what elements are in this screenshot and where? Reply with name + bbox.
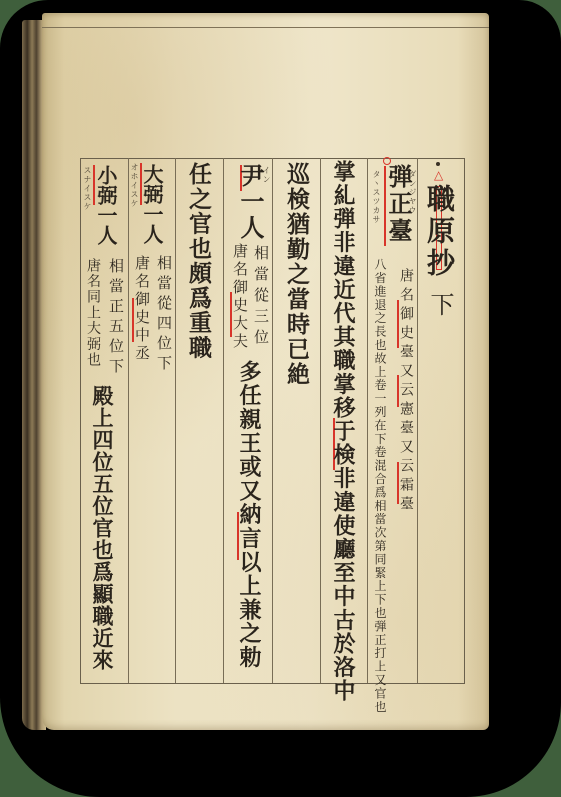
- column-divider: [175, 158, 176, 683]
- note-right: 唐名御史臺又云憲臺又云霜臺: [399, 268, 413, 515]
- body-text-in: 多任親王或又納言以上兼之勅: [238, 360, 260, 669]
- body-text-patrol: 巡検猶勤之當時已絶: [285, 162, 308, 387]
- document-title: 職原抄: [425, 184, 453, 280]
- column-divider: [272, 158, 273, 683]
- body-text-shohitsu: 殿上四位五位官也爲顯職近來: [92, 385, 113, 671]
- column-divider: [367, 158, 368, 683]
- column-divider: [320, 158, 321, 683]
- section-heading-shohitsu: 小弼一人: [96, 165, 116, 245]
- note-right: 相當從四位下: [156, 255, 171, 375]
- column-divider: [417, 158, 418, 683]
- note-right: 相當從三位: [253, 245, 268, 350]
- section-heading-daihitsu: 大弼一人: [142, 164, 162, 244]
- heading-ruby: オホイスケ: [130, 163, 138, 208]
- heading-ruby: スナイスケ: [83, 166, 91, 211]
- red-triangle-mark-icon: △: [434, 169, 443, 181]
- body-text-duties: 掌糺弾非違近代其職掌移于検非違使廳至中古於洛中: [332, 160, 354, 703]
- note-left: 八省進退之長也故上卷一列在下卷混合爲相當次第同緊上下也弾正打上又官也: [374, 258, 386, 714]
- note-left: 唐名御史中丞: [134, 255, 149, 363]
- heading-ruby-left: タヽスツカサ: [372, 170, 380, 224]
- note-right: 相當正五位下: [108, 258, 123, 378]
- body-text-in-continued: 任之官也頗爲重職: [187, 162, 210, 360]
- page-top-rule: [42, 27, 489, 28]
- note-left: 唐名御史大夫: [232, 243, 247, 351]
- column-divider: [128, 158, 129, 683]
- note-left: 唐名同上大弼也: [86, 258, 100, 368]
- section-heading-in: 尹一人: [238, 163, 262, 241]
- volume-label: 下: [428, 292, 452, 316]
- column-divider: [223, 158, 224, 683]
- section-heading-danjodai: 弾正臺: [386, 164, 410, 245]
- ink-dot-mark: [436, 162, 440, 166]
